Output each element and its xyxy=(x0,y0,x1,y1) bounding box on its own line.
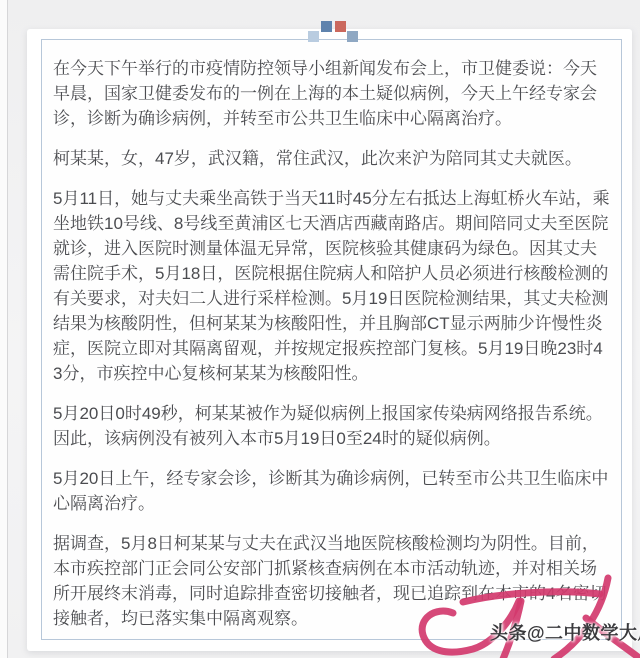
decoration-light-blue-square xyxy=(308,31,319,42)
decoration-steel-blue-square xyxy=(347,31,358,42)
article-card: 在今天下午举行的市疫情防控领导小组新闻发布会上，市卫健委说：今天早晨，国家卫健委… xyxy=(27,29,632,651)
decoration-blue-square xyxy=(321,21,332,32)
paragraph-patient-info: 柯某某，女，47岁，武汉籍，常住武汉，此次来沪为陪同其丈夫就医。 xyxy=(53,146,611,171)
paragraph-diagnosis: 5月20日上午，经专家会诊，诊断其为确诊病例，已转至市公共卫生临床中心隔离治疗。 xyxy=(53,466,611,516)
watermark-author-label: 头条@二中数学大川 xyxy=(490,619,640,645)
article-body: 在今天下午举行的市疫情防控领导小组新闻发布会上，市卫健委说：今天早晨，国家卫健委… xyxy=(42,40,621,639)
paragraph-report-system: 5月20日0时49秒，柯某某被作为疑似病例上报国家传染病网络报告系统。因此，该病… xyxy=(53,401,611,451)
decoration-red-square xyxy=(335,21,346,32)
article-bordered-panel: 在今天下午举行的市疫情防控领导小组新闻发布会上，市卫健委说：今天早晨，国家卫健委… xyxy=(41,39,622,640)
paragraph-announcement: 在今天下午举行的市疫情防控领导小组新闻发布会上，市卫健委说：今天早晨，国家卫健委… xyxy=(53,56,611,131)
screen-edge-strip xyxy=(0,0,8,658)
paragraph-timeline: 5月11日，她与丈夫乘坐高铁于当天11时45分左右抵达上海虹桥火车站，乘坐地铁1… xyxy=(53,186,611,386)
paragraph-investigation: 据调查，5月8日柯某某与丈夫在武汉当地医院核酸检测均为阴性。目前，本市疾控部门正… xyxy=(53,531,611,631)
